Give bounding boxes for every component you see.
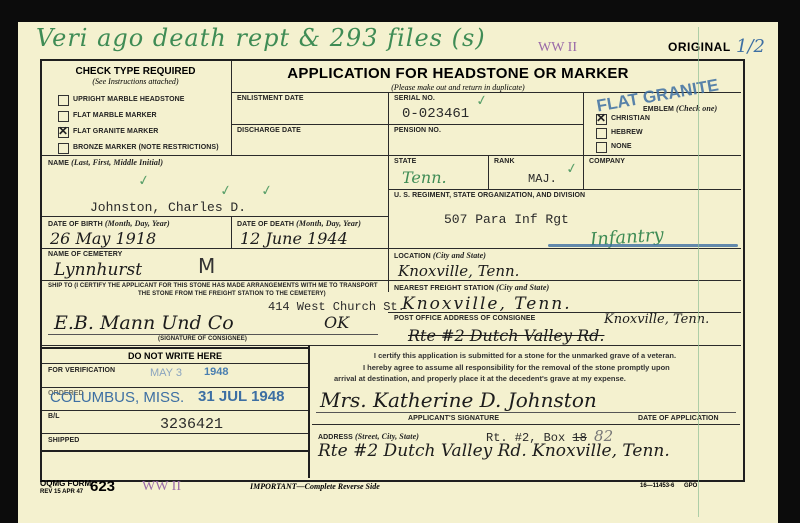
checkbox-none[interactable] [596,142,607,153]
serial-no-value[interactable]: 0-023461 [402,106,469,122]
emblem-christian: CHRISTIAN [611,115,650,122]
enlistment-date-label: ENLISTMENT DATE [237,95,304,102]
ship-to-label-line2: THE STONE FROM THE FREIGHT STATION TO TH… [138,291,326,297]
bl-label: B/L [48,413,60,420]
consignee-address-city[interactable]: Knoxville, Tenn. [604,312,709,327]
option-bronze: BRONZE MARKER (NOTE RESTRICTIONS) [73,144,219,151]
verification-date-light: MAY 3 [150,367,182,379]
check-type-heading: CHECK TYPE REQUIRED [43,66,228,77]
applicant-signature-label: APPLICANT'S SIGNATURE [408,415,499,422]
regiment-label: U. S. REGIMENT, STATE ORGANIZATION, AND … [394,192,585,199]
state-value[interactable]: Tenn. [402,168,447,187]
date-of-birth-value[interactable]: 26 May 1918 [50,229,156,248]
date-of-death-value[interactable]: 12 June 1944 [240,229,348,248]
name-label: NAME (Last, First, Middle Initial) [48,158,163,167]
original-label: ORIGINAL [668,40,731,54]
certification-line2: I hereby agree to assume all responsibil… [363,363,670,372]
checkbox-hebrew[interactable] [596,128,607,139]
certification-line3: arrival at destination, and properly pla… [334,374,626,383]
headstone-application-card: Veri ago death rept & 293 files (s) WW I… [18,22,778,523]
important-note: IMPORTANT—Complete Reverse Side [250,482,380,491]
checkbox-bronze[interactable] [58,143,69,154]
company-label: COMPANY [589,158,625,165]
ship-to-address[interactable]: 414 West Church St. [268,300,405,314]
form-number: 623 [90,478,115,495]
print-code: 16—11453-6 [640,483,674,489]
date-of-application-label: DATE OF APPLICATION [638,415,719,422]
corner-mark: 1/2 [736,36,765,57]
date-of-death-label: DATE OF DEATH (Month, Day, Year) [237,219,361,228]
shipped-field [108,435,303,449]
option-flat-granite: FLAT GRANITE MARKER [73,128,158,135]
bl-value: 3236421 [160,416,223,433]
checkbox-upright-marble[interactable] [58,95,69,106]
option-flat-marble: FLAT MARBLE MARKER [73,112,157,119]
pension-no-field[interactable] [394,138,579,154]
location-value[interactable]: Knoxville, Tenn. [398,262,519,280]
option-upright-marble: UPRIGHT MARBLE HEADSTONE [73,96,185,103]
ordered-stamp-date: 31 JUL 1948 [198,388,284,405]
regiment-value[interactable]: 507 Para Inf Rgt [444,212,569,227]
discharge-date-label: DISCHARGE DATE [237,127,301,134]
ww2-stamp-footer: WW II [142,479,181,495]
ww2-stamp-top: WW II [538,40,577,56]
consignee-signature[interactable]: E.B. Mann Und Co [54,312,234,334]
applicant-signature[interactable]: Mrs. Katherine D. Johnston [320,388,597,412]
location-label: LOCATION (City and State) [394,251,486,260]
top-annotation: Veri ago death rept & 293 files (s) [36,24,486,52]
consignee-address-label: POST OFFICE ADDRESS OF CONSIGNEE [394,315,535,322]
ordered-stamp-location: COLUMBUS, MISS. [50,389,184,406]
address-label: ADDRESS (Street, City, State) [318,432,419,441]
cemetery-label: NAME OF CEMETERY [48,251,122,258]
rank-label: RANK [494,158,515,165]
check-type-note: (See Instructions attached) [43,77,228,86]
emblem-none: NONE [611,143,632,150]
name-value[interactable]: Johnston, Charles D. [90,200,246,215]
consignee-signature-label: (SIGNATURE OF CONSIGNEE) [158,336,247,342]
freight-station-label: NEAREST FREIGHT STATION (City and State) [394,283,549,292]
rank-value[interactable]: MAJ. [528,172,557,186]
ok-mark: OK [324,313,349,332]
enlistment-date-field[interactable] [237,106,385,122]
serial-no-label: SERIAL No. [394,95,435,102]
checkbox-flat-marble[interactable] [58,111,69,122]
form-id: OQMG FORM REV 15 APR 47 [40,480,91,496]
shipped-label: SHIPPED [48,437,79,444]
emblem-label: EMBLEM (Check one) [643,104,717,113]
ship-to-label: SHIP TO (I CERTIFY THE APPLICANT FOR THI… [48,283,378,289]
date-of-birth-label: DATE OF BIRTH (Month, Day, Year) [48,219,170,228]
checked-x-icon: ✕ [596,113,606,123]
freight-station-value[interactable]: Knoxville, Tenn. [402,294,572,314]
blue-pencil-stroke [548,244,738,247]
checked-x-icon: ✕ [58,126,68,136]
address-value[interactable]: Rte #2 Dutch Valley Rd. Knoxville, Tenn. [318,441,670,461]
verification-year: 1948 [204,366,228,378]
pension-no-label: PENSION No. [394,127,441,134]
form-title: APPLICATION FOR HEADSTONE OR MARKER [258,65,658,82]
form-subtitle: (Please make out and return in duplicate… [258,83,658,92]
pencil-line [698,27,699,517]
state-label: STATE [394,158,416,165]
gpo-label: GPO [684,483,697,489]
check-type-header: CHECK TYPE REQUIRED (See Instructions at… [43,66,228,86]
for-verification-label: FOR VERIFICATION [48,367,115,374]
cemetery-value[interactable]: Lynnhurst [54,260,142,280]
consignee-address-struck: Rte #2 Dutch Valley Rd. [408,326,604,345]
certification-line1: I certify this application is submitted … [312,351,738,360]
cemetery-mark: M [198,254,215,278]
company-field[interactable] [589,169,737,187]
emblem-hebrew: HEBREW [611,129,643,136]
discharge-date-field[interactable] [237,138,385,154]
office-use-heading: DO NOT WRITE HERE [42,351,308,361]
